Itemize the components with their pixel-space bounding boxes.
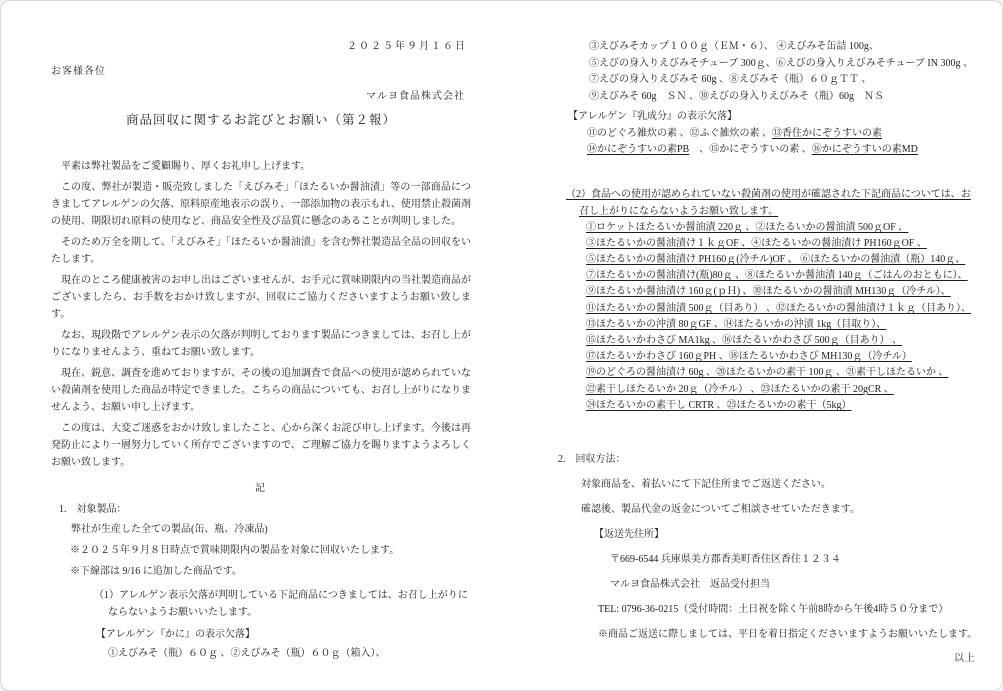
recalled-product-line: ⑤ほたるいかの醤油漬け PH160ｇ(冷チル)OF 、 ⑥ほたるいかの醤油漬（瓶… bbox=[558, 252, 980, 268]
section1-note-date: ※２０２５年９月８日時点で賞味期限内の製品を対象に回収いたします。 bbox=[51, 540, 471, 561]
doc-date: ２０２５年９月１６日 bbox=[51, 37, 467, 52]
recalled-product-line: ⑪ほたるいかの醤油漬 500ｇ（目あり） 、⑫ほたるいかの醤油漬け１ｋｇ（目あり… bbox=[558, 301, 980, 317]
recalled-product-line: ⑮ほたるいかわさび MA1kg 、⑯ほたるいかわさび 500ｇ（目あり） 、 bbox=[558, 333, 980, 349]
ki-marker: 記 bbox=[51, 479, 471, 494]
crab-items-line: ⑤えびの身入りえびみそチューブ 300ｇ、⑥えびの身入りえびみそチューブ IN … bbox=[558, 56, 980, 73]
crab-items-line: ③えびみそカップ１００ｇ（ＥＭ・６）、 ④えびみそ缶詰 100g、 bbox=[558, 39, 980, 56]
paragraph-greeting: 平素は弊社製品をご愛顧賜り、厚くお礼申し上げます。 bbox=[51, 158, 471, 175]
allergen-milk-heading: 【アレルゲン『乳成分』の表示欠落】 bbox=[558, 109, 980, 126]
crab-items-line: ①えびみそ（瓶）６０ｇ 、②えびみそ（瓶）６０ｇ（箱入）、 bbox=[51, 645, 471, 662]
section1-scope: 弊社が生産した全ての製品(缶、瓶、冷凍品) bbox=[51, 520, 471, 540]
recalled-product-line: ①ロケットほたるいか醤油漬 220ｇ 、②ほたるいかの醤油漬 500ｇOF 、 bbox=[558, 220, 980, 236]
paragraph-recall-decision: そのため万全を期して、「えびみそ」「ほたるいか醤油漬」を含む弊社製造品全品の回収… bbox=[51, 234, 471, 268]
recipient-name: マルヨ食品株式会社 返品受付担当 bbox=[558, 577, 980, 593]
recall-instruction: 対象商品を、着払いにて下記住所までご返送ください。 bbox=[558, 477, 980, 493]
section1-note-underline: ※下線部は 9/16 に追加した商品です。 bbox=[51, 561, 471, 582]
milk-items-segment-underlined: ⑬香住かにぞうすいの素 bbox=[772, 128, 882, 139]
recalled-product-line: ㉒素干しほたるいか 20ｇ（冷チル） 、㉓ほたるいかの素干 20gCR 、 bbox=[558, 382, 980, 398]
salutation: お客様各位 bbox=[51, 62, 471, 77]
sub1-intro: （1）アレルゲン表示欠落が判明している下記商品につきましては、お召し上がりになら… bbox=[51, 587, 471, 621]
section1-heading: 1. 対象製品： bbox=[51, 500, 471, 520]
milk-items-segment: 、⑮かにぞうすいの素 、 bbox=[689, 144, 812, 155]
crab-items-line: ⑨えびみそ 60g ＳＮ 、⑩えびの身入りえびみそ（瓶）60g ＮＳ bbox=[558, 89, 980, 106]
paragraph-apology: この度は、大変ご迷惑をおかけ致しましたこと、心から深くお詫び申し上げます。今後は… bbox=[51, 420, 471, 471]
closing-marker: 以上 bbox=[558, 649, 980, 664]
recalled-product-line: ⑦ほたるいかの醤油漬け(瓶)80ｇ 、⑧ほたるいか醤油漬 140ｇ（ごはんのおと… bbox=[558, 268, 980, 284]
sub2-intro: （2）食品への使用が認められていない殺菌剤の使用が確認された下記商品については、… bbox=[558, 186, 980, 220]
milk-items-line: ⑭かにぞうすいの素PB 、⑮かにぞうすいの素 、⑯かにぞうすいの素MD bbox=[558, 142, 980, 159]
milk-items-segment: ⑪のどぐろ雑炊の素 、⑫ふぐ雑炊の素 、 bbox=[587, 128, 772, 139]
recalled-product-line: ⑨ほたるいか醤油漬け 160ｇ(ｐＨ) 、⑩ほたるいかの醤油漬 MH130ｇ（冷… bbox=[558, 284, 980, 300]
company-name: マルヨ食品株式会社 bbox=[51, 87, 465, 102]
return-address-heading: 【返送先住所】 bbox=[558, 527, 980, 543]
paragraph-allergen-warning: なお、現段階でアレルゲン表示の欠落が判明しております製品につきましては、お召し上… bbox=[51, 327, 471, 361]
weekday-delivery-note: ※商品ご返送に際しましては、平日を着日指定くださいますようお願いいたします。 bbox=[558, 627, 980, 643]
crab-items-line: ⑦えびの身入りえびみそ 60g 、⑧えびみそ（瓶）６０ｇＴＴ 、 bbox=[558, 72, 980, 89]
section2-heading: 2. 回収方法： bbox=[558, 452, 980, 468]
right-column: ③えびみそカップ１００ｇ（ＥＭ・６）、 ④えびみそ缶詰 100g、 ⑤えびの身入… bbox=[558, 39, 980, 664]
paragraph-investigation: 現在、鋭意、調査を進めておりますが、その後の追加調査で食品への使用が認められてい… bbox=[51, 365, 471, 416]
paragraph-health: 現在のところ健康被害のお申し出はございませんが、お手元に賞味期限内の当社製造商品… bbox=[51, 272, 471, 323]
recalled-product-line: ⑰ほたるいかわさび 160ｇPH 、⑱ほたるいかわさび MH130ｇ（冷チル） bbox=[558, 349, 980, 365]
phone-line: TEL: 0796-36-0215（受付時間：土日祝を除く午前8時から午後4時５… bbox=[558, 602, 980, 618]
recalled-product-line: ⑬ほたるいかの沖漬 80ｇGF 、⑭ほたるいかの沖漬 1kg（目取り）、 bbox=[558, 317, 980, 333]
refund-instruction: 確認後、製品代金の返金についてご相談させていただきます。 bbox=[558, 502, 980, 518]
doc-title: 商品回収に関するお詫びとお願い（第２報） bbox=[51, 110, 471, 128]
milk-items-segment-underlined: ⑭かにぞうすいの素PB bbox=[587, 144, 689, 155]
allergen-crab-heading: 【アレルゲン『かに』の表示欠落】 bbox=[51, 624, 471, 645]
milk-items-line: ⑪のどぐろ雑炊の素 、⑫ふぐ雑炊の素 、⑬香住かにぞうすいの素 bbox=[558, 126, 980, 143]
postal-address: 〒669-6544 兵庫県美方郡香美町香住区香住１２３４ bbox=[558, 552, 980, 568]
recalled-product-line: ③ほたるいかの醤油漬け１ｋｇOF 、④ほたるいかの醤油漬け PH160ｇOF 、 bbox=[558, 236, 980, 252]
left-column: ２０２５年９月１６日 お客様各位 マルヨ食品株式会社 商品回収に関するお詫びとお… bbox=[51, 37, 471, 662]
paragraph-issue: この度、弊社が製造・販売致しました「えびみそ」「ほたるいか醤油漬」等の一部商品に… bbox=[51, 179, 471, 230]
milk-items-segment-underlined: ⑯かにぞうすいの素MD bbox=[812, 144, 918, 155]
document-page: ２０２５年９月１６日 お客様各位 マルヨ食品株式会社 商品回収に関するお詫びとお… bbox=[0, 0, 1003, 691]
recalled-product-line: ㉔ほたるいかの素干し CRTR 、㉕ほたるいかの素干（5kg） bbox=[558, 398, 980, 414]
recalled-product-line: ⑲のどぐろの醤油漬け 60g 、⑳ほたるいかの素干 100ｇ 、㉑素干しほたるい… bbox=[558, 365, 980, 381]
